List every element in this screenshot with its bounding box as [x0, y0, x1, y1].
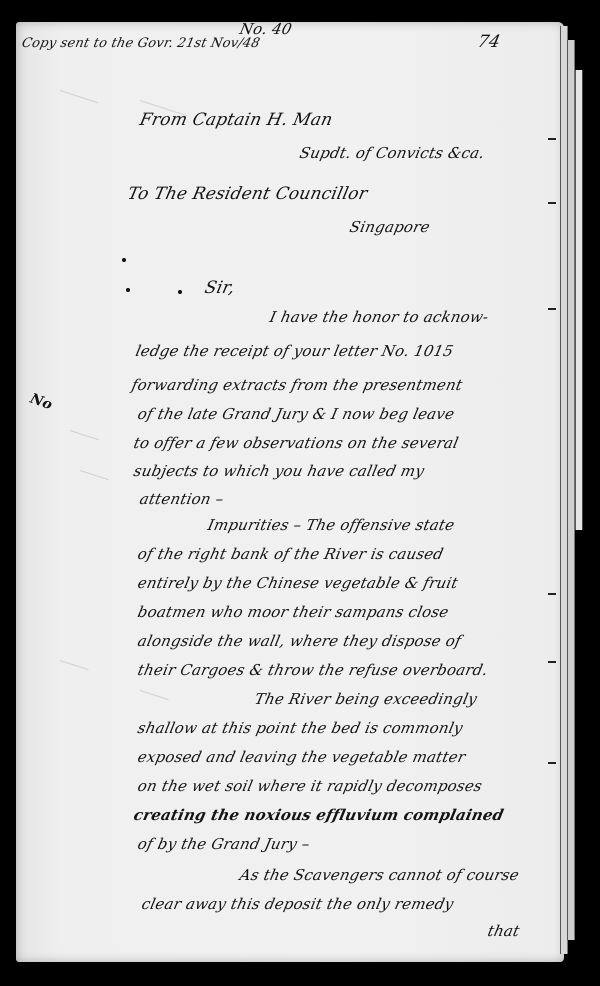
body-line: The River being exceedingly — [253, 690, 479, 708]
page-edge — [575, 70, 583, 530]
body-line: I have the honor to acknow- — [268, 308, 490, 326]
body-line: of the late Grand Jury & I now beg leave — [136, 405, 456, 423]
body-line: ledge the receipt of your letter No. 101… — [134, 342, 455, 360]
body-line: boatmen who moor their sampans close — [136, 603, 450, 621]
body-line: on the wet soil where it rapidly decompo… — [136, 777, 484, 795]
body-line: Impurities – The offensive state — [206, 516, 456, 534]
to-location: Singapore — [348, 218, 432, 236]
body-line: attention – — [138, 490, 225, 508]
ink-dot — [126, 288, 130, 292]
body-line: of by the Grand Jury – — [136, 835, 311, 853]
edge-tick — [548, 661, 556, 663]
body-line: alongside the wall, where they dispose o… — [136, 632, 463, 650]
salutation: Sir, — [203, 278, 237, 298]
copy-annotation: Copy sent to the Govr. 21st Nov/48 — [20, 36, 261, 51]
from-line: From Captain H. Man — [138, 110, 335, 130]
body-line: of the right bank of the River is caused — [136, 545, 445, 563]
body-line: As the Scavengers cannot of course — [238, 866, 521, 884]
page-edge — [567, 40, 575, 940]
body-line: their Cargoes & throw the refuse overboa… — [136, 661, 490, 679]
body-line: exposed and leaving the vegetable matter — [136, 748, 467, 766]
to-line: To The Resident Councillor — [126, 184, 369, 204]
edge-tick — [548, 593, 556, 595]
edge-tick — [548, 762, 556, 764]
body-line: subjects to which you have called my — [132, 462, 426, 480]
ink-dot — [122, 258, 126, 262]
body-line: forwarding extracts from the presentment — [130, 376, 464, 394]
body-line: creating the noxious effluvium complaine… — [132, 806, 505, 824]
catchword: that — [486, 922, 521, 940]
edge-tick — [548, 138, 556, 140]
body-line: clear away this deposit the only remedy — [140, 895, 455, 913]
letter-number: No. 40 — [238, 20, 294, 38]
edge-tick — [548, 308, 556, 310]
edge-tick — [548, 202, 556, 204]
body-line: to offer a few observations on the sever… — [132, 434, 460, 452]
body-line: shallow at this point the bed is commonl… — [136, 719, 464, 737]
body-line: entirely by the Chinese vegetable & frui… — [136, 574, 460, 592]
page-number: 74 — [476, 32, 502, 52]
ink-dot — [178, 290, 182, 294]
from-title: Supdt. of Convicts &ca. — [298, 144, 486, 162]
